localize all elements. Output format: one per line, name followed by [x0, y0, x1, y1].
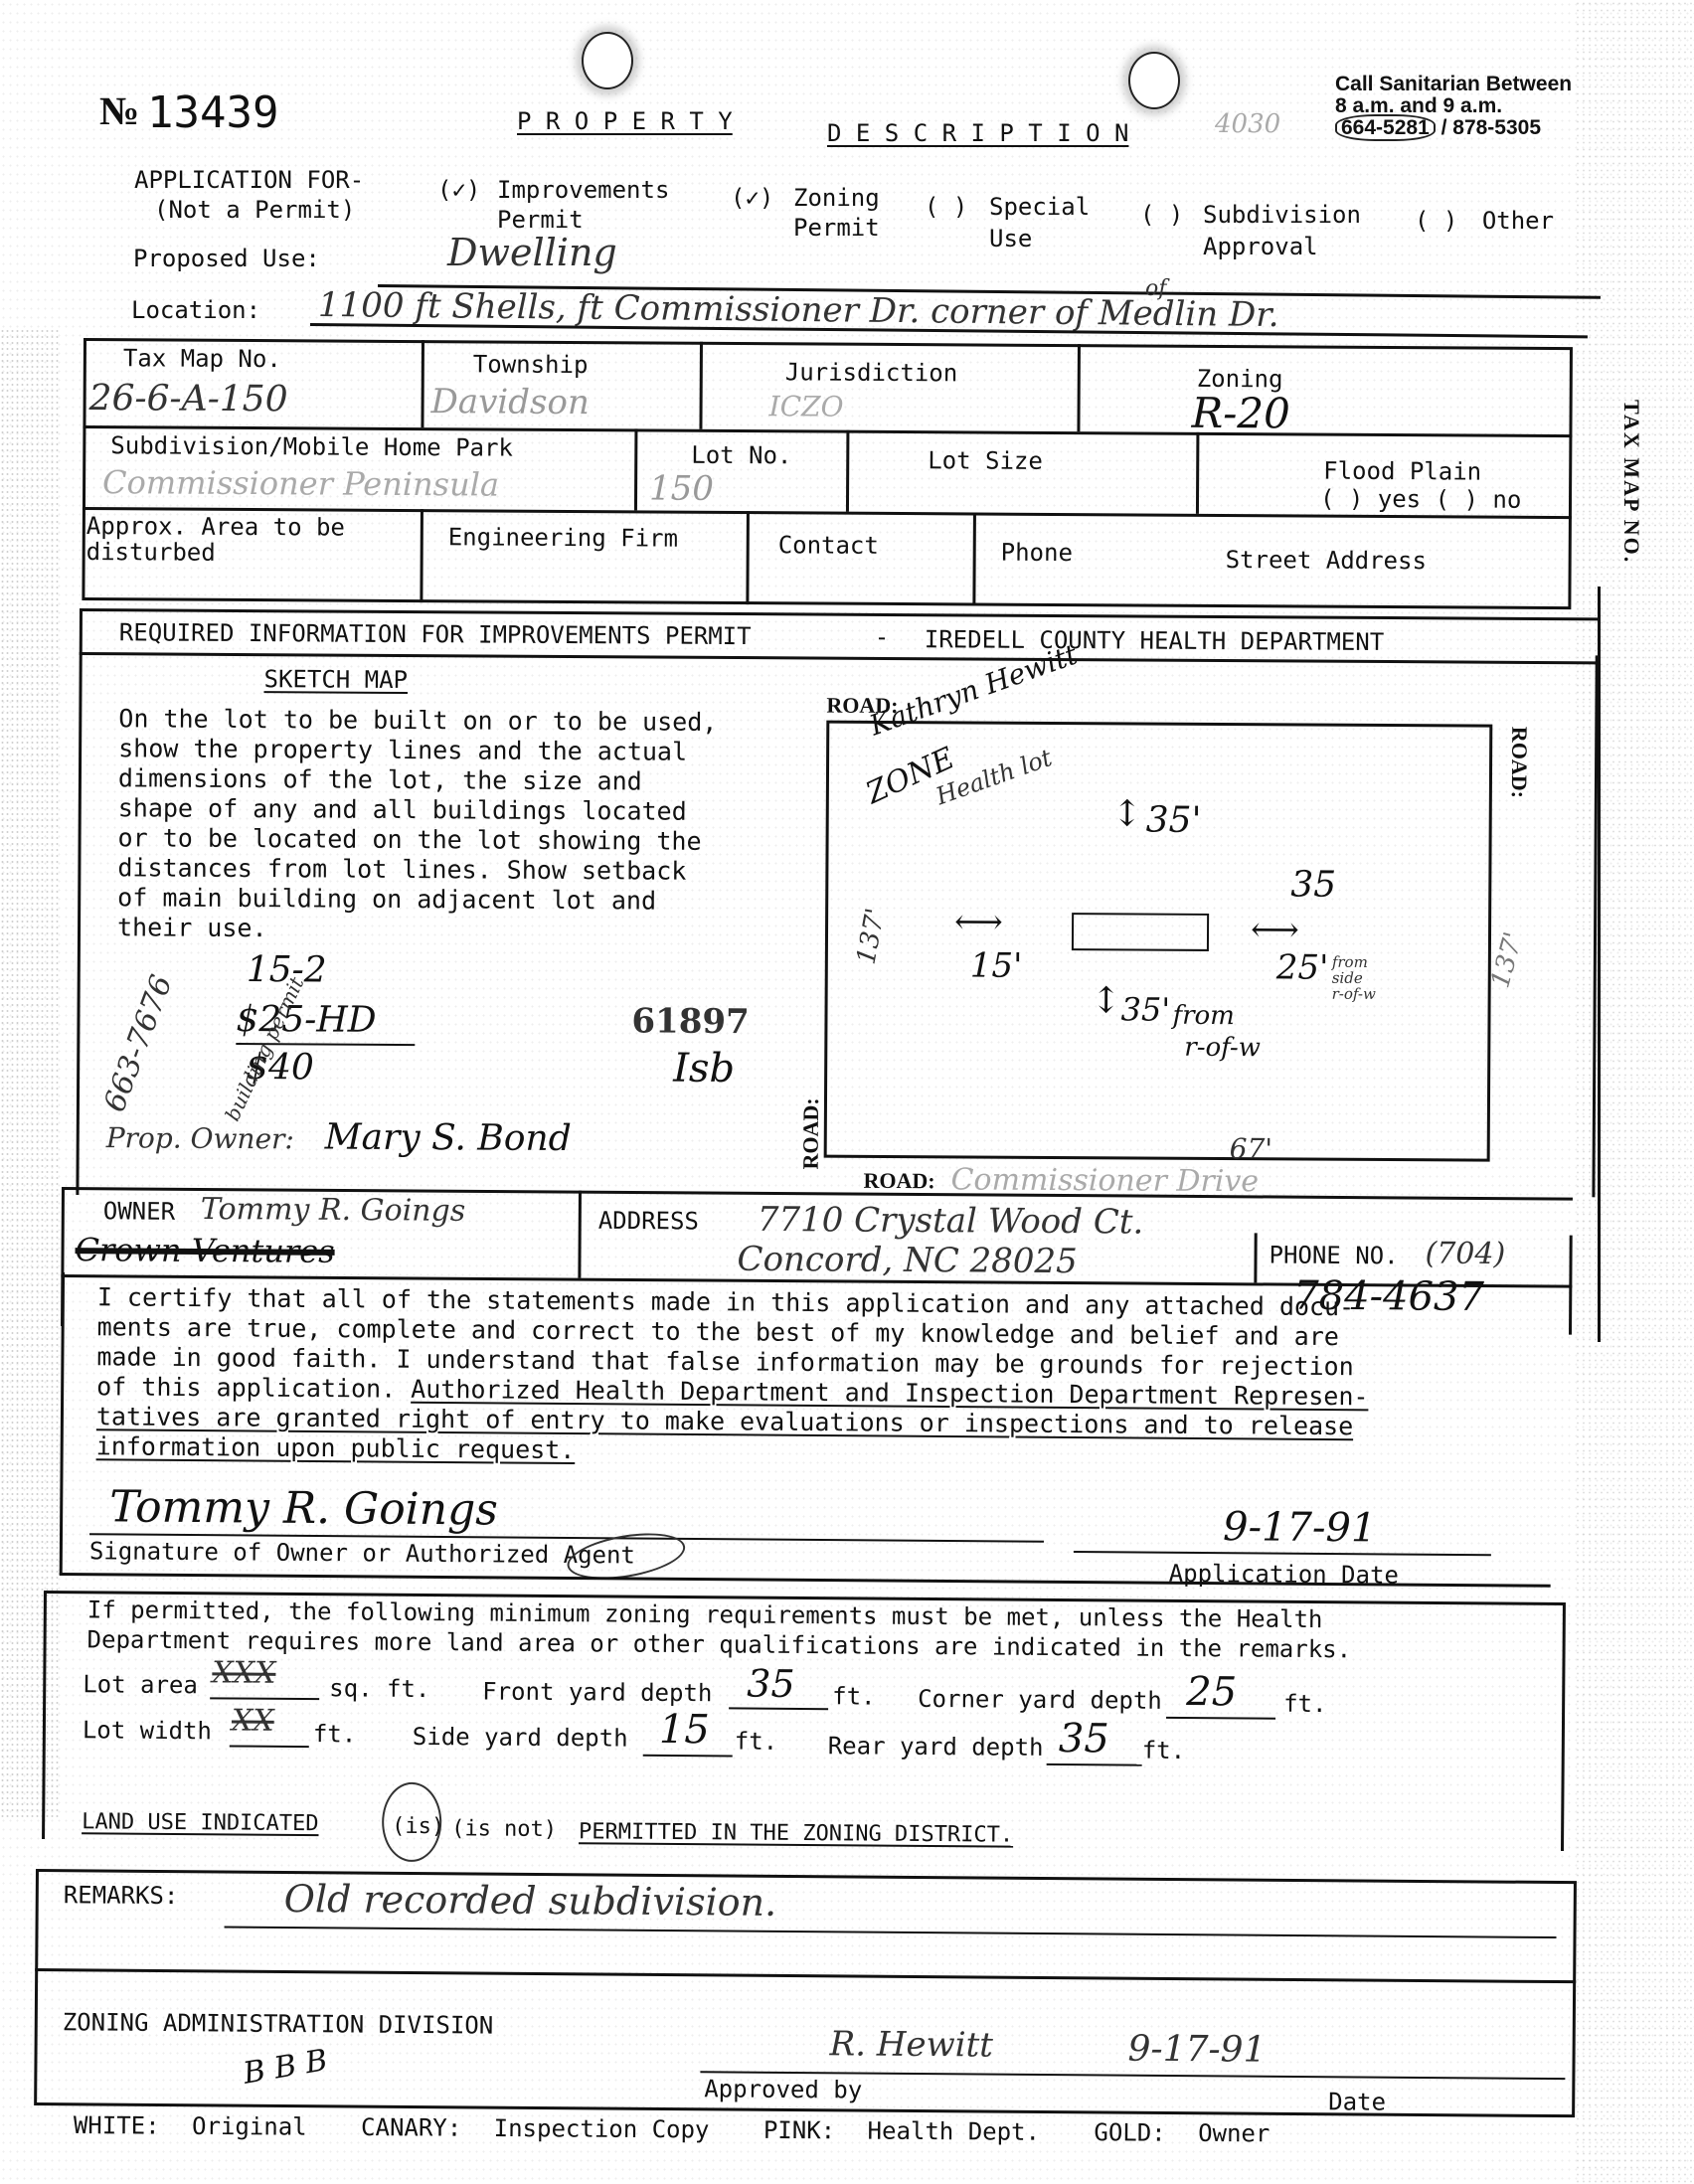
col-divider-r2-3 [1196, 432, 1200, 514]
sketch-map-title: SKETCH MAP [263, 665, 408, 694]
zoning-right-line [1561, 1602, 1566, 1851]
address-line-1[interactable]: 7710 Crystal Wood Ct. [758, 1200, 1144, 1243]
sanitarian-phone-1: 664-5281 [1335, 114, 1436, 141]
side-yard-label: Side yard depth [413, 1723, 628, 1753]
property-description-form: № 13439 P R O P E R T Y D E S C R I P T … [0, 0, 1694, 2184]
improvements-section: REQUIRED INFORMATION FOR IMPROVEMENTS PE… [76, 608, 1599, 1204]
option-other-label: Other [1482, 207, 1554, 235]
copy-pink-use: Health Dept. [868, 2117, 1041, 2146]
phone-no-label: PHONE NO. [1269, 1241, 1398, 1269]
application-for-label: APPLICATION FOR- (Not a Permit) [134, 165, 364, 225]
improvements-heading-right: IREDELL COUNTY HEALTH DEPARTMENT [925, 625, 1385, 656]
approval-date-value[interactable]: 9-17-91 [1127, 2029, 1266, 2071]
front-setback: 35' [1146, 800, 1202, 841]
land-use-suffix: PERMITTED IN THE ZONING DISTRICT. [579, 1819, 1013, 1847]
instruction-line: On the lot to be built on or to be used, [118, 704, 717, 738]
address-line-2[interactable]: Concord, NC 28025 [737, 1240, 1078, 1281]
sanitarian-phone-sep: / [1436, 116, 1453, 139]
right-setback-note: from side r-of-w [1332, 954, 1376, 1002]
bottom-dim: 67' [1230, 1132, 1273, 1165]
land-use-is-not-option[interactable]: (is not) [451, 1816, 557, 1842]
side-yard-unit: ft. [735, 1727, 778, 1755]
lot-width-line[interactable] [230, 1745, 309, 1748]
improvements-heading-dash: - [875, 623, 890, 651]
lot-no-label: Lot No. [691, 441, 791, 470]
tax-map-value[interactable]: 26-6-A-150 [89, 378, 288, 420]
proposed-use-value[interactable]: Dwelling [447, 231, 617, 274]
sanitarian-text: Call Sanitarian Between 8 a.m. and 9 a.m… [1335, 74, 1572, 139]
bottom-note-2: r-of-w [1184, 1033, 1261, 1063]
rear-yard-line [1047, 1764, 1142, 1766]
left-setback: 15' [970, 945, 1023, 985]
col-divider-r3-2 [746, 511, 750, 604]
instruction-line: shape of any and all buildings located [118, 793, 717, 827]
side-yard-line [643, 1755, 733, 1758]
rear-yard-value[interactable]: 35 [1059, 1716, 1109, 1762]
punch-hole-right [1128, 52, 1180, 109]
arrow-right: ⟷ [1251, 910, 1299, 949]
area-disturbed-line-2: disturbed [86, 539, 345, 567]
lot-width-unit: ft. [313, 1720, 357, 1748]
instruction-line: or to be located on the lot showing the [117, 823, 716, 857]
flood-plain-label: Flood Plain [1323, 457, 1481, 486]
punch-hole-left [582, 32, 633, 89]
certification-section: I certify that all of the statements mad… [60, 1282, 1573, 1593]
lot-width-label: Lot width [83, 1716, 212, 1745]
corner-yard-line [1166, 1717, 1275, 1720]
option-zoning-line-1: Zoning [793, 183, 880, 213]
owner-phone-divider [1254, 1233, 1257, 1282]
col-divider-r2-2 [846, 430, 850, 512]
option-improvements-line-1: Improvements [497, 175, 669, 205]
option-subdivision-line-2: Approval [1203, 231, 1318, 262]
side-tax-map-label: TAX MAP NO. [1618, 400, 1644, 564]
lot-area-line[interactable] [210, 1697, 319, 1700]
owner-second-line-struck: Crown Ventures [75, 1231, 334, 1270]
phone-label: Phone [1001, 539, 1073, 567]
street-address-label: Street Address [1226, 546, 1427, 575]
remarks-label: REMARKS: [64, 1881, 179, 1910]
signature-label: Signature of Owner or Authorized Agent [89, 1537, 635, 1569]
arrow-front: ↕ [1112, 793, 1142, 834]
engineering-firm-label: Engineering Firm [448, 523, 678, 552]
sanitarian-line-1-text: Call Sanitarian Between [1335, 74, 1572, 95]
corner-yard-value[interactable]: 25 [1186, 1669, 1237, 1715]
option-special-line-1: Special [989, 191, 1090, 223]
approver-signature[interactable]: R. Hewitt [829, 2024, 993, 2065]
prop-owner-value: Mary S. Bond [325, 1117, 572, 1160]
side-yard-value[interactable]: 15 [659, 1707, 710, 1753]
right-note-line: r-of-w [1332, 986, 1376, 1002]
subdivision-label: Subdivision/Mobile Home Park [110, 431, 513, 461]
instruction-line: distances from lot lines. Show setback [117, 853, 716, 887]
zoning-requirements-section: If permitted, the following minimum zoni… [42, 1591, 1585, 1871]
location-label: Location: [131, 296, 260, 324]
owner-signature[interactable]: Tommy R. Goings [109, 1481, 498, 1535]
bottom-note-1: from [1172, 1001, 1235, 1031]
copy-gold-label: GOLD: [1094, 2118, 1165, 2147]
application-for-line-2: (Not a Permit) [154, 195, 364, 225]
bottom-setback: 35' [1120, 990, 1170, 1028]
option-special-use[interactable]: ( ) Special Use [925, 191, 967, 223]
instruction-line: their use. [117, 913, 716, 946]
owner-value[interactable]: Tommy R. Goings [201, 1192, 466, 1229]
zoning-admin-heading: ZONING ADMINISTRATION DIVISION [63, 2008, 494, 2039]
copy-canary-label: CANARY: [361, 2113, 461, 2142]
zoning-left-line [42, 1591, 47, 1839]
owner-address-divider [578, 1191, 582, 1278]
road-label-right: ROAD: [1506, 727, 1532, 798]
stamp-initials: Isb [673, 1046, 735, 1092]
right-note-line: from [1332, 954, 1376, 970]
jurisdiction-label: Jurisdiction [785, 358, 958, 387]
copy-pink-label: PINK: [763, 2116, 835, 2145]
option-other[interactable]: ( ) Other [1415, 207, 1554, 235]
building-footprint [1072, 913, 1209, 951]
col-divider-r1-2 [699, 342, 703, 429]
option-subdivision-approval[interactable]: ( ) Subdivision Approval [1140, 199, 1183, 231]
front-yard-label: Front yard depth [482, 1677, 712, 1707]
right-setback: 25' [1276, 947, 1329, 987]
front-yard-line [729, 1707, 828, 1710]
right-dim: 137' [1485, 928, 1529, 991]
owner-label: OWNER [103, 1197, 175, 1226]
copy-white-label: WHITE: [74, 2111, 160, 2140]
subdivision-value[interactable]: Commissioner Peninsula [102, 463, 499, 503]
phone-area-code[interactable]: (704) [1425, 1237, 1505, 1272]
lot-area-label: Lot area [83, 1670, 198, 1699]
improvements-heading-left: REQUIRED INFORMATION FOR IMPROVEMENTS PE… [119, 618, 752, 650]
rear-label: 35 [1290, 864, 1336, 905]
col-divider-r2-1 [634, 428, 638, 510]
zoning-intro: If permitted, the following minimum zoni… [86, 1595, 1351, 1664]
front-yard-value[interactable]: 35 [747, 1662, 795, 1706]
remarks-value[interactable]: Old recorded subdivision. [284, 1877, 777, 1925]
lot-no-value[interactable]: 150 [649, 468, 714, 508]
checkbox-special-use[interactable]: ( ) [925, 193, 967, 221]
faint-stamp: 4030 [1215, 109, 1280, 139]
contact-label: Contact [778, 531, 879, 560]
checkbox-zoning[interactable]: (✓) [731, 184, 773, 212]
checkbox-improvements[interactable]: (✓) [437, 176, 480, 204]
application-for-line-1: APPLICATION FOR- [134, 165, 364, 195]
zoning-value[interactable]: R-20 [1191, 389, 1290, 438]
sanitarian-phone-2: 878-5305 [1452, 116, 1541, 139]
corner-yard-unit: ft. [1283, 1690, 1327, 1718]
copy-white-use: Original [192, 2112, 307, 2141]
corner-yard-label: Corner yard depth [918, 1685, 1162, 1715]
title-property: P R O P E R T Y [517, 107, 733, 135]
proposed-use-label: Proposed Use: [133, 245, 320, 272]
col-divider-r1-1 [421, 340, 424, 427]
flood-plain-options[interactable]: ( ) yes ( ) no [1320, 485, 1521, 514]
option-special-line-2: Use [989, 223, 1032, 254]
checkbox-other[interactable]: ( ) [1415, 207, 1457, 235]
col-divider-r1-3 [1077, 344, 1081, 431]
front-yard-unit: ft. [832, 1682, 876, 1710]
approval-date-label: Date [1328, 2088, 1386, 2115]
copy-gold-use: Owner [1198, 2119, 1270, 2148]
title-description: D E S C R I P T I O N [827, 119, 1128, 147]
instruction-line: of main building on adjacent lot and [117, 883, 716, 917]
remarks-admin-section: REMARKS: Old recorded subdivision. ZONIN… [34, 1869, 1597, 2129]
instruction-line: show the property lines and the actual [118, 734, 717, 767]
rear-yard-label: Rear yard depth [828, 1732, 1044, 1762]
checkbox-subdivision[interactable]: ( ) [1140, 201, 1183, 229]
sanitarian-phones: 664-5281 / 878-5305 [1335, 117, 1572, 139]
col-divider-r3-1 [420, 509, 423, 602]
land-use-is-circle [382, 1782, 442, 1862]
lot-width-struck: XX [232, 1703, 274, 1738]
prop-owner-label: Prop. Owner: [106, 1121, 294, 1155]
improvements-left-line [76, 608, 83, 1195]
location-insert: of [1145, 276, 1166, 301]
form-number: 13439 [147, 87, 278, 138]
property-table: Tax Map No. 26-6-A-150 Township Davidson… [82, 338, 1575, 609]
tax-map-label: Tax Map No. [123, 344, 281, 373]
jurisdiction-value[interactable]: ICZO [768, 390, 843, 422]
land-use-prefix: LAND USE INDICATED [82, 1809, 319, 1836]
area-disturbed-line-1: Approx. Area to be [86, 513, 345, 541]
option-improvements-permit[interactable]: (✓) Improvements Permit [437, 175, 480, 205]
right-note-line: side [1332, 970, 1376, 986]
option-zoning-line-2: Permit [793, 213, 880, 243]
address-label: ADDRESS [598, 1207, 699, 1236]
form-number-symbol: № [99, 87, 139, 134]
application-date-value[interactable]: 9-17-91 [1223, 1504, 1377, 1551]
lot-area-struck: XXX [212, 1655, 275, 1691]
arrow-left: ⟷ [954, 902, 1003, 941]
instruction-line: dimensions of the lot, the size and [118, 763, 717, 797]
arrow-rear: ↕ [1091, 980, 1120, 1021]
township-label: Township [473, 350, 589, 379]
certification-text: I certify that all of the statements mad… [96, 1282, 1370, 1471]
township-value[interactable]: Davidson [430, 382, 589, 422]
cert-line-start: of this application. [96, 1372, 411, 1403]
application-date-line [1074, 1551, 1491, 1556]
option-subdivision-line-1: Subdivision [1203, 199, 1361, 231]
area-disturbed-label: Approx. Area to be disturbed [86, 513, 345, 567]
road-label-bottom: ROAD: [863, 1168, 934, 1194]
col-divider-r3-3 [972, 512, 976, 605]
option-zoning-permit[interactable]: (✓) Zoning Permit [731, 183, 773, 213]
rear-yard-unit: ft. [1142, 1737, 1186, 1764]
approved-by-label: Approved by [704, 2075, 862, 2103]
lot-area-unit: sq. ft. [329, 1674, 429, 1703]
copy-canary-use: Inspection Copy [494, 2114, 710, 2144]
sketch-instructions: On the lot to be built on or to be used,… [117, 704, 718, 946]
stamp-number: 61897 [631, 1001, 750, 1042]
road-label-left: ROAD: [798, 1097, 824, 1169]
lot-size-label: Lot Size [928, 446, 1043, 475]
margin-note-phone: 663-7676 [97, 970, 180, 1116]
